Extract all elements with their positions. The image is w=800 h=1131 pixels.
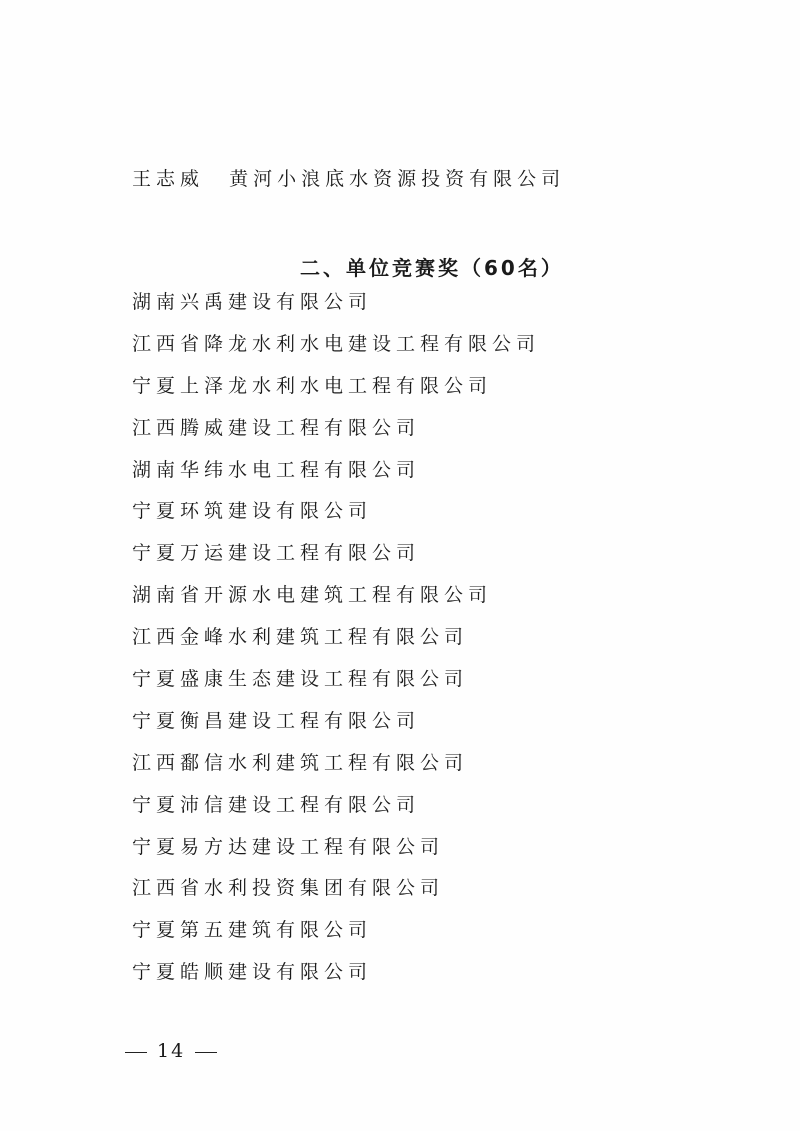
award-entry: 王志威 黄河小浪底水资源投资有限公司 xyxy=(132,167,565,191)
list-item: 江西鄱信水利建筑工程有限公司 xyxy=(132,748,540,790)
section-heading: 二、单位竞赛奖（60名） xyxy=(300,255,564,281)
list-item: 湖南省开源水电建筑工程有限公司 xyxy=(132,580,540,622)
list-item: 宁夏上泽龙水利水电工程有限公司 xyxy=(132,371,540,413)
list-item: 江西金峰水利建筑工程有限公司 xyxy=(132,622,540,664)
list-item: 宁夏沛信建设工程有限公司 xyxy=(132,790,540,832)
list-item: 湖南华纬水电工程有限公司 xyxy=(132,455,540,497)
dash-right xyxy=(195,1052,217,1053)
page-number: 14 xyxy=(157,1040,185,1062)
document-page: 王志威 黄河小浪底水资源投资有限公司 二、单位竞赛奖（60名） 湖南兴禹建设有限… xyxy=(0,0,800,1131)
list-item: 宁夏万运建设工程有限公司 xyxy=(132,538,540,580)
list-item: 湖南兴禹建设有限公司 xyxy=(132,287,540,329)
list-item: 宁夏第五建筑有限公司 xyxy=(132,915,540,957)
list-item: 宁夏盛康生态建设工程有限公司 xyxy=(132,664,540,706)
dash-left xyxy=(125,1052,147,1053)
page-footer: 14 xyxy=(115,1040,227,1062)
list-item: 宁夏衡昌建设工程有限公司 xyxy=(132,706,540,748)
list-item: 江西腾威建设工程有限公司 xyxy=(132,413,540,455)
person-organization: 黄河小浪底水资源投资有限公司 xyxy=(229,168,565,190)
list-item: 宁夏易方达建设工程有限公司 xyxy=(132,832,540,874)
list-item: 宁夏皓顺建设有限公司 xyxy=(132,957,540,999)
list-item: 江西省水利投资集团有限公司 xyxy=(132,873,540,915)
list-item: 宁夏环筑建设有限公司 xyxy=(132,496,540,538)
person-name: 王志威 xyxy=(132,168,204,190)
list-item: 江西省降龙水利水电建设工程有限公司 xyxy=(132,329,540,371)
company-list: 湖南兴禹建设有限公司 江西省降龙水利水电建设工程有限公司 宁夏上泽龙水利水电工程… xyxy=(132,287,540,999)
